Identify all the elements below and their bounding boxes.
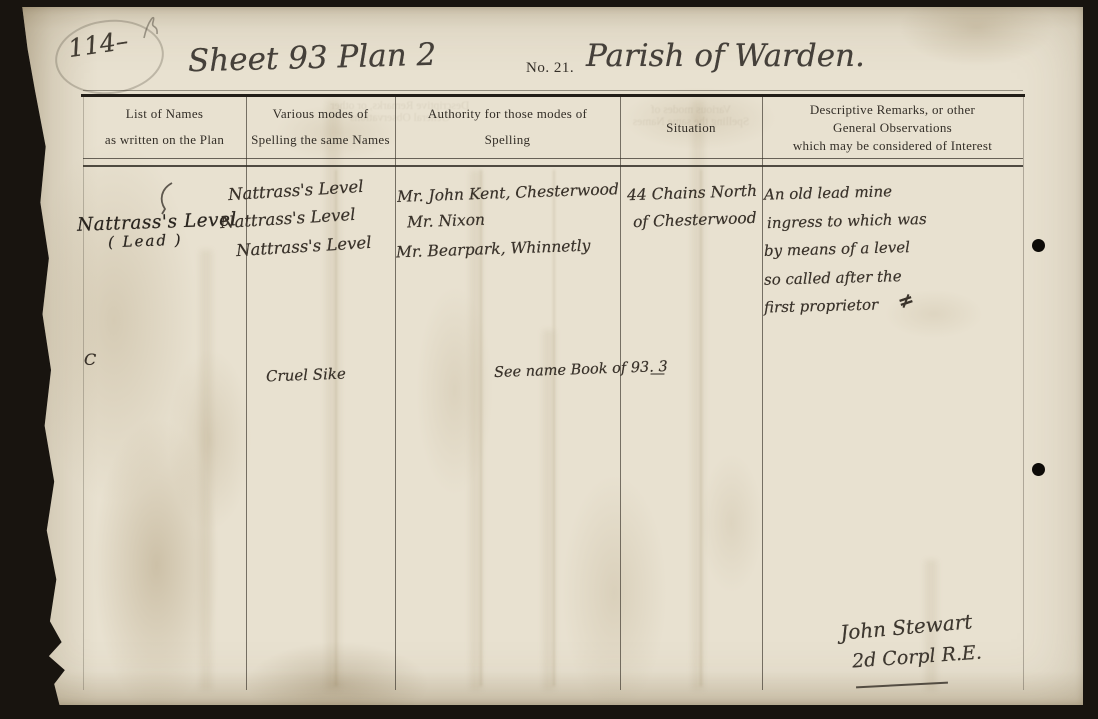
column-header-names-line2: as written on the Plan bbox=[83, 132, 246, 148]
header-bottom-rule-thick bbox=[83, 165, 1023, 167]
record-number-label: No. 21. bbox=[526, 60, 574, 77]
column-header-remarks-line2: General Observations bbox=[762, 120, 1023, 136]
bleedthrough-line-text: Various modes of bbox=[622, 104, 760, 116]
remarks-line: An old lead mine bbox=[764, 182, 892, 203]
column-header-remarks: Descriptive Remarks, or other bbox=[762, 102, 1023, 118]
authority-line: Mr. Nixon bbox=[407, 211, 486, 232]
spelling-line: Cruel Sike bbox=[266, 365, 346, 386]
remarks-line: so called after the bbox=[764, 267, 902, 289]
scan-background: 114– Sheet 93 Plan 2 No. 21. Parish of W… bbox=[0, 0, 1098, 719]
pencil-scribble-icon bbox=[140, 8, 164, 44]
grime-streak bbox=[200, 250, 212, 690]
remarks-line: by means of a level bbox=[764, 238, 910, 260]
situation-dash: — bbox=[650, 364, 665, 382]
column-header-authority: Authority for those modes of bbox=[395, 106, 620, 122]
bleedthrough-line bbox=[700, 170, 702, 686]
parish-title: Parish of Warden. bbox=[586, 38, 865, 74]
column-divider-3 bbox=[620, 97, 621, 690]
column-header-spelling: Various modes of bbox=[246, 106, 395, 122]
punch-hole bbox=[1032, 463, 1045, 476]
punch-hole bbox=[1032, 239, 1045, 252]
column-divider-2 bbox=[395, 97, 396, 690]
table-top-rule-thick bbox=[81, 94, 1025, 97]
margin-mark: C bbox=[84, 350, 96, 369]
column-header-spelling-line2: Spelling the same Names bbox=[246, 132, 395, 148]
column-header-authority-line2: Spelling bbox=[395, 132, 620, 148]
column-header-remarks-line3: which may be considered of Interest bbox=[762, 138, 1023, 154]
header-bottom-rule-thin bbox=[83, 158, 1023, 159]
column-header-names: List of Names bbox=[83, 106, 246, 122]
entry-name-qualifier: ( Lead ) bbox=[108, 231, 183, 252]
column-header-situation: Situation bbox=[620, 120, 762, 136]
table-left-border bbox=[83, 97, 84, 690]
table-top-rule-thin bbox=[83, 90, 1023, 91]
table-right-border bbox=[1023, 97, 1024, 690]
sheet-plan-title: Sheet 93 Plan 2 bbox=[188, 37, 437, 79]
remarks-line: first proprietor bbox=[764, 296, 879, 317]
